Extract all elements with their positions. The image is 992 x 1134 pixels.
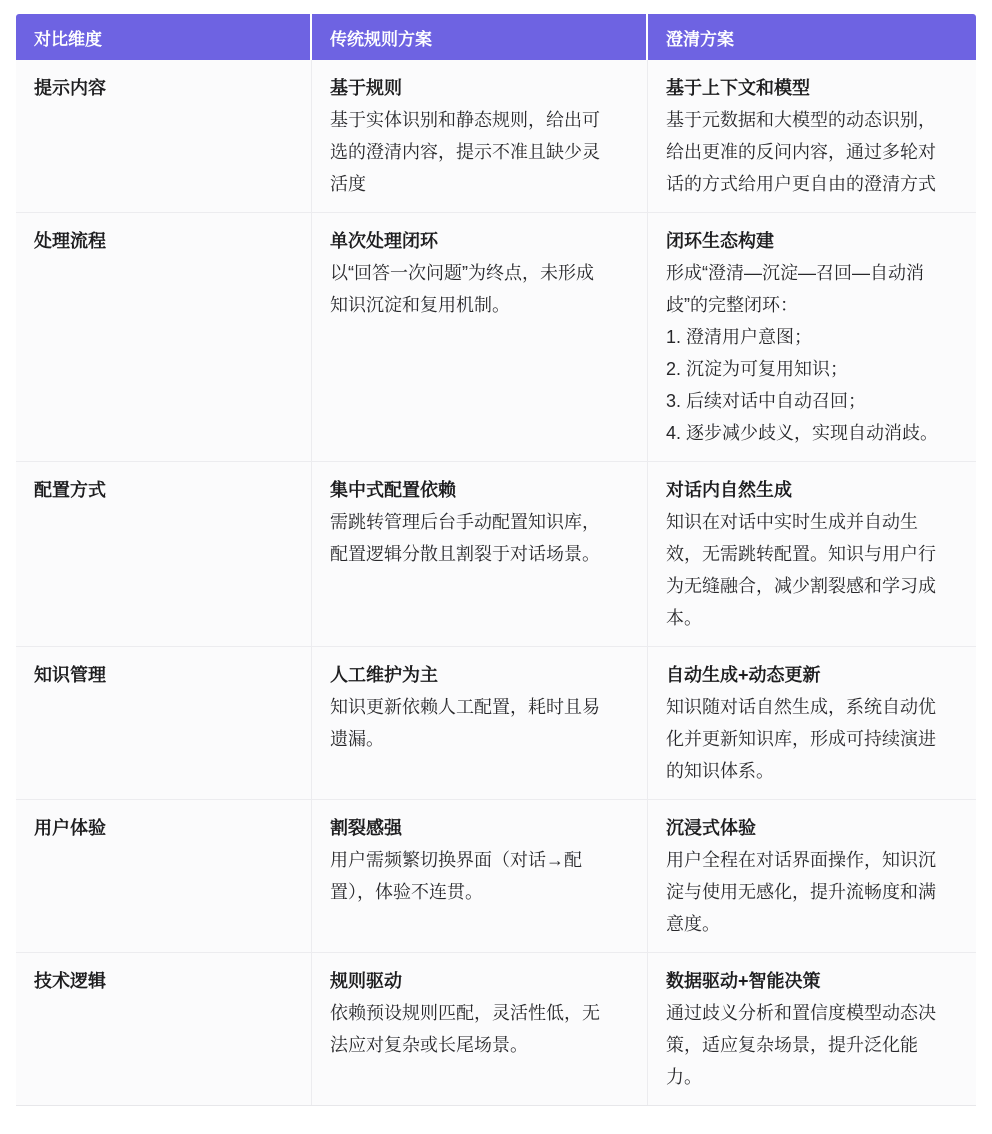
clarify-cell: 数据驱动+智能决策 通过歧义分析和置信度模型动态决 策，适应复杂场景，提升泛化能… bbox=[648, 953, 976, 1105]
dimension-label: 技术逻辑 bbox=[16, 953, 312, 1105]
cell-title: 单次处理闭环 bbox=[330, 225, 631, 257]
clarify-cell: 闭环生态构建 形成“澄清—沉淀—召回—自动消 歧”的完整闭环： 1. 澄清用户意… bbox=[648, 213, 976, 461]
table-header-row: 对比维度 传统规则方案 澄清方案 bbox=[16, 14, 976, 60]
cell-title: 自动生成+动态更新 bbox=[666, 659, 960, 691]
clarify-cell: 基于上下文和模型 基于元数据和大模型的动态识别， 给出更准的反问内容，通过多轮对… bbox=[648, 60, 976, 212]
cell-body: 知识更新依赖人工配置，耗时且易 遗漏。 bbox=[330, 691, 631, 755]
cell-body: 需跳转管理后台手动配置知识库， 配置逻辑分散且割裂于对话场景。 bbox=[330, 506, 631, 570]
cell-title: 规则驱动 bbox=[330, 965, 631, 997]
cell-body: 基于元数据和大模型的动态识别， 给出更准的反问内容，通过多轮对 话的方式给用户更… bbox=[666, 104, 960, 200]
cell-body: 用户全程在对话界面操作，知识沉 淀与使用无感化，提升流畅度和满 意度。 bbox=[666, 844, 960, 940]
traditional-cell: 规则驱动 依赖预设规则匹配，灵活性低，无 法应对复杂或长尾场景。 bbox=[312, 953, 648, 1105]
cell-title: 割裂感强 bbox=[330, 812, 631, 844]
dimension-label: 用户体验 bbox=[16, 800, 312, 952]
table-row-technical-logic: 技术逻辑 规则驱动 依赖预设规则匹配，灵活性低，无 法应对复杂或长尾场景。 数据… bbox=[16, 952, 976, 1105]
cell-body: 基于实体识别和静态规则，给出可 选的澄清内容，提示不准且缺少灵 活度 bbox=[330, 104, 631, 200]
comparison-table: 对比维度 传统规则方案 澄清方案 提示内容 基于规则 基于实体识别和静态规则，给… bbox=[16, 14, 976, 1106]
cell-title: 基于上下文和模型 bbox=[666, 72, 960, 104]
cell-body: 通过歧义分析和置信度模型动态决 策，适应复杂场景，提升泛化能 力。 bbox=[666, 997, 960, 1093]
dimension-label: 配置方式 bbox=[16, 462, 312, 646]
traditional-cell: 集中式配置依赖 需跳转管理后台手动配置知识库， 配置逻辑分散且割裂于对话场景。 bbox=[312, 462, 648, 646]
traditional-cell: 基于规则 基于实体识别和静态规则，给出可 选的澄清内容，提示不准且缺少灵 活度 bbox=[312, 60, 648, 212]
cell-body: 以“回答一次问题”为终点，未形成 知识沉淀和复用机制。 bbox=[330, 257, 631, 321]
dimension-label: 处理流程 bbox=[16, 213, 312, 461]
clarify-cell: 自动生成+动态更新 知识随对话自然生成，系统自动优 化并更新知识库，形成可持续演… bbox=[648, 647, 976, 799]
header-traditional: 传统规则方案 bbox=[312, 14, 648, 60]
traditional-cell: 人工维护为主 知识更新依赖人工配置，耗时且易 遗漏。 bbox=[312, 647, 648, 799]
cell-title: 基于规则 bbox=[330, 72, 631, 104]
traditional-cell: 单次处理闭环 以“回答一次问题”为终点，未形成 知识沉淀和复用机制。 bbox=[312, 213, 648, 461]
cell-body: 依赖预设规则匹配，灵活性低，无 法应对复杂或长尾场景。 bbox=[330, 997, 631, 1061]
table-body: 提示内容 基于规则 基于实体识别和静态规则，给出可 选的澄清内容，提示不准且缺少… bbox=[16, 60, 976, 1105]
header-dimension: 对比维度 bbox=[16, 14, 312, 60]
traditional-cell: 割裂感强 用户需频繁切换界面（对话→配 置），体验不连贯。 bbox=[312, 800, 648, 952]
header-clarify: 澄清方案 bbox=[648, 14, 976, 60]
table-row-knowledge-management: 知识管理 人工维护为主 知识更新依赖人工配置，耗时且易 遗漏。 自动生成+动态更… bbox=[16, 646, 976, 799]
clarify-cell: 沉浸式体验 用户全程在对话界面操作，知识沉 淀与使用无感化，提升流畅度和满 意度… bbox=[648, 800, 976, 952]
table-row-config-mode: 配置方式 集中式配置依赖 需跳转管理后台手动配置知识库， 配置逻辑分散且割裂于对… bbox=[16, 461, 976, 646]
cell-title: 集中式配置依赖 bbox=[330, 474, 631, 506]
cell-title: 数据驱动+智能决策 bbox=[666, 965, 960, 997]
dimension-label: 知识管理 bbox=[16, 647, 312, 799]
cell-body: 知识随对话自然生成，系统自动优 化并更新知识库，形成可持续演进 的知识体系。 bbox=[666, 691, 960, 787]
cell-title: 对话内自然生成 bbox=[666, 474, 960, 506]
clarify-cell: 对话内自然生成 知识在对话中实时生成并自动生 效，无需跳转配置。知识与用户行 为… bbox=[648, 462, 976, 646]
cell-title: 闭环生态构建 bbox=[666, 225, 960, 257]
cell-title: 人工维护为主 bbox=[330, 659, 631, 691]
dimension-label: 提示内容 bbox=[16, 60, 312, 212]
table-row-prompt-content: 提示内容 基于规则 基于实体识别和静态规则，给出可 选的澄清内容，提示不准且缺少… bbox=[16, 60, 976, 212]
cell-body: 形成“澄清—沉淀—召回—自动消 歧”的完整闭环： 1. 澄清用户意图； 2. 沉… bbox=[666, 257, 960, 449]
table-row-user-experience: 用户体验 割裂感强 用户需频繁切换界面（对话→配 置），体验不连贯。 沉浸式体验… bbox=[16, 799, 976, 952]
cell-title: 沉浸式体验 bbox=[666, 812, 960, 844]
cell-body: 用户需频繁切换界面（对话→配 置），体验不连贯。 bbox=[330, 844, 631, 908]
cell-body: 知识在对话中实时生成并自动生 效，无需跳转配置。知识与用户行 为无缝融合，减少割… bbox=[666, 506, 960, 634]
table-row-process-flow: 处理流程 单次处理闭环 以“回答一次问题”为终点，未形成 知识沉淀和复用机制。 … bbox=[16, 212, 976, 461]
